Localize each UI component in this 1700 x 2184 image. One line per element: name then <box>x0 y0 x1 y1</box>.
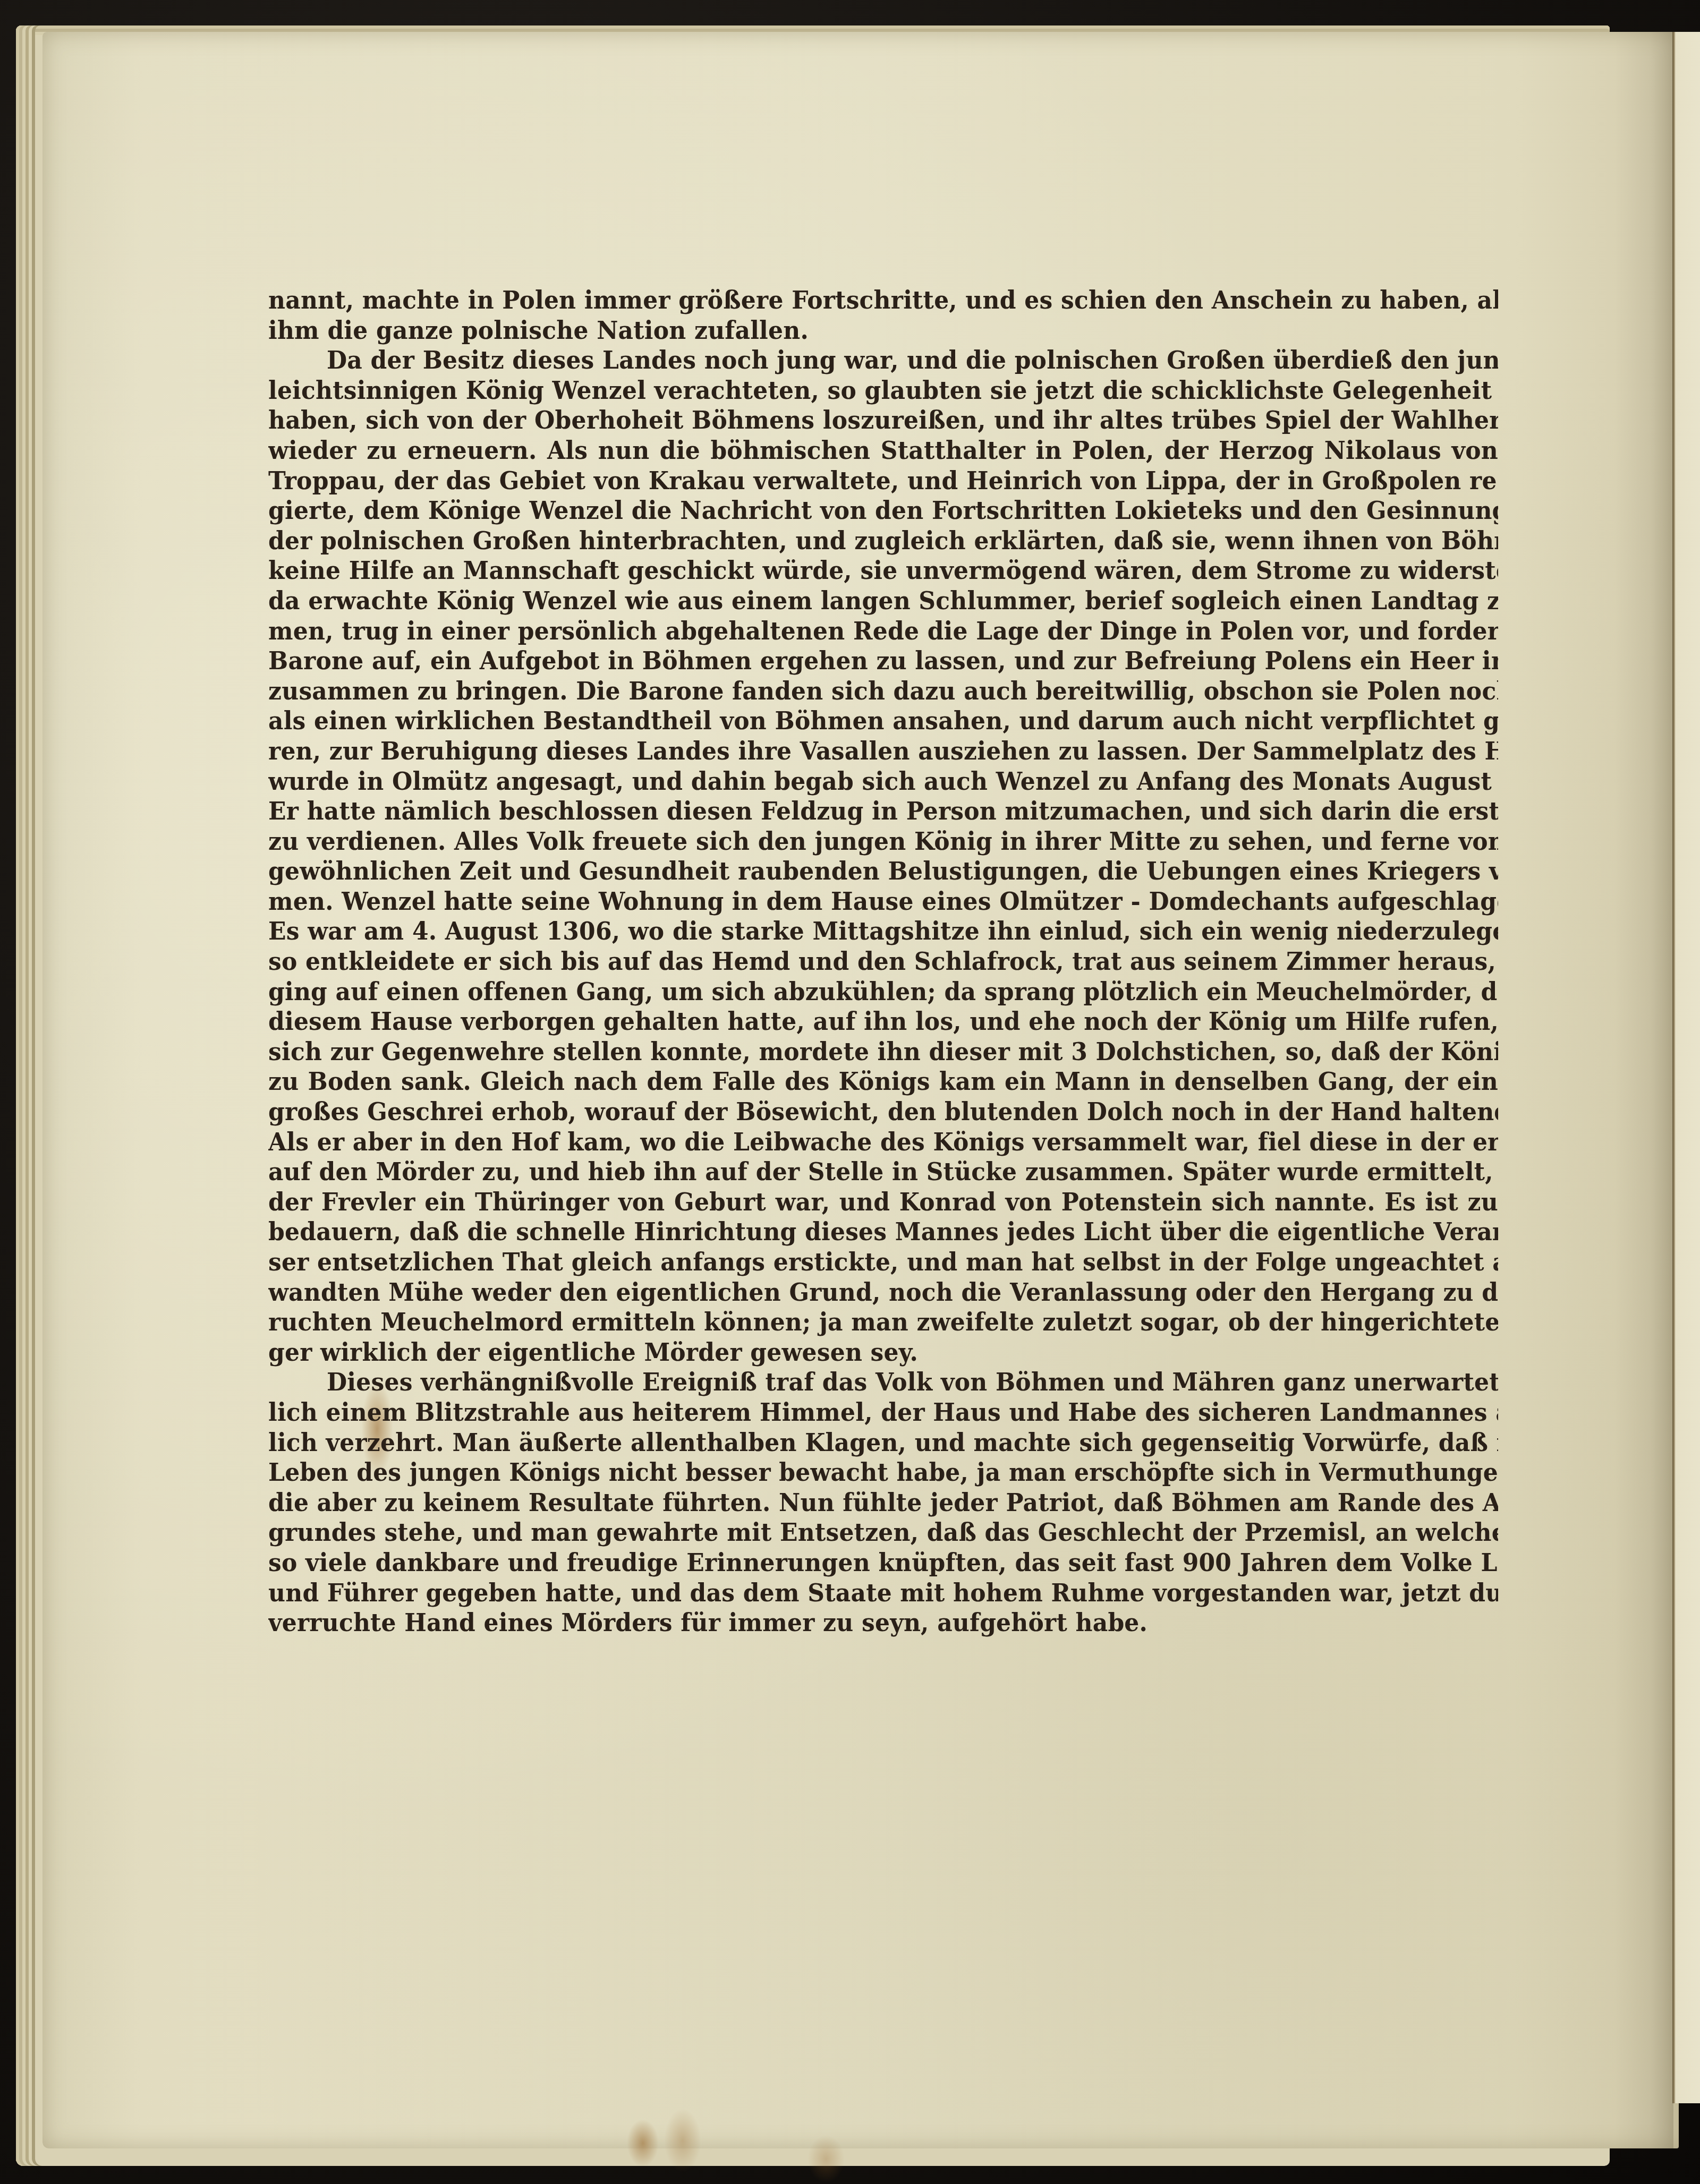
text-line: leichtsinnigen König Wenzel verachteten,… <box>268 375 1498 407</box>
foxing-stain <box>627 2119 659 2167</box>
text-line: auf den Mörder zu, und hieb ihn auf der … <box>268 1156 1498 1189</box>
text-line: haben, sich von der Oberhoheit Böhmens l… <box>268 405 1498 437</box>
text-line: so viele dankbare und freudige Erinnerun… <box>268 1547 1498 1580</box>
text-line: lich einem Blitzstrahle aus heiterem Him… <box>268 1397 1498 1429</box>
text-line: gewöhnlichen Zeit und Gesundheit raubend… <box>268 856 1498 888</box>
text-line: men, trug in einer persönlich abgehalten… <box>268 615 1498 647</box>
text-line: die aber zu keinem Resultate führten. Nu… <box>268 1487 1498 1519</box>
text-line: gierte, dem Könige Wenzel die Nachricht … <box>268 495 1498 527</box>
text-line: verruchte Hand eines Mörders für immer z… <box>268 1607 1498 1640</box>
text-line: Er hatte nämlich beschlossen diesen Feld… <box>268 796 1498 828</box>
text-line: Da der Besitz dieses Landes noch jung wa… <box>268 345 1498 377</box>
text-line: nannt, machte in Polen immer größere For… <box>268 285 1498 317</box>
text-line: als einen wirklichen Bestandtheil von Bö… <box>268 705 1498 738</box>
text-line: der polnischen Großen hinterbrachten, un… <box>268 525 1498 557</box>
text-line: Es war am 4. August 1306, wo die starke … <box>268 916 1498 948</box>
text-line: der Frevler ein Thüringer von Geburt war… <box>268 1187 1498 1219</box>
text-line: zu Boden sank. Gleich nach dem Falle des… <box>268 1066 1498 1098</box>
text-line: keine Hilfe an Mannschaft geschickt würd… <box>268 555 1498 587</box>
body-text: nannt, machte in Polen immer größere For… <box>268 286 1498 1639</box>
text-line: wandten Mühe weder den eigentlichen Grun… <box>268 1276 1498 1309</box>
foxing-stain <box>664 2109 701 2172</box>
text-line: so entkleidete er sich bis auf das Hemd … <box>268 946 1498 978</box>
text-line: bedauern, daß die schnelle Hinrichtung d… <box>268 1216 1498 1249</box>
text-line: ser entsetzlichen That gleich anfangs er… <box>268 1247 1498 1279</box>
text-line: men. Wenzel hatte seine Wohnung in dem H… <box>268 886 1498 918</box>
text-line: diesem Hause verborgen gehalten hatte, a… <box>268 1006 1498 1038</box>
text-line: ruchten Meuchelmord ermitteln können; ja… <box>268 1307 1498 1339</box>
text-line: Troppau, der das Gebiet von Krakau verwa… <box>268 465 1498 497</box>
text-line: großes Geschrei erhob, worauf der Bösewi… <box>268 1096 1498 1129</box>
facing-page-edge <box>1672 32 1700 2103</box>
text-line: ging auf einen offenen Gang, um sich abz… <box>268 976 1498 1008</box>
text-line: zu verdienen. Alles Volk freuete sich de… <box>268 825 1498 858</box>
foxing-stain <box>807 2135 845 2183</box>
text-line: zusammen zu bringen. Die Barone fanden s… <box>268 675 1498 707</box>
text-line: da erwachte König Wenzel wie aus einem l… <box>268 585 1498 618</box>
text-line: Als er aber in den Hof kam, wo die Leibw… <box>268 1126 1498 1158</box>
text-line: Barone auf, ein Aufgebot in Böhmen ergeh… <box>268 645 1498 678</box>
text-line: wurde in Olmütz angesagt, und dahin bega… <box>268 765 1498 798</box>
gutter-shadow <box>1615 32 1673 2148</box>
bleed-through-text <box>268 1694 1498 1917</box>
text-line: grundes stehe, und man gewahrte mit Ents… <box>268 1517 1498 1549</box>
text-line: ren, zur Beruhigung dieses Landes ihre V… <box>268 736 1498 768</box>
text-line: Dieses verhängnißvolle Ereigniß traf das… <box>268 1367 1498 1399</box>
text-line: lich verzehrt. Man äußerte allenthalben … <box>268 1427 1498 1459</box>
text-line: sich zur Gegenwehre stellen konnte, mord… <box>268 1036 1498 1069</box>
text-line: ger wirklich der eigentliche Mörder gewe… <box>268 1337 1498 1369</box>
text-line: Leben des jungen Königs nicht besser bew… <box>268 1457 1498 1489</box>
text-line: ihm die ganze polnische Nation zufallen. <box>268 314 1498 347</box>
text-line: und Führer gegeben hatte, und das dem St… <box>268 1577 1498 1609</box>
text-line: wieder zu erneuern. Als nun die böhmisch… <box>268 435 1498 467</box>
